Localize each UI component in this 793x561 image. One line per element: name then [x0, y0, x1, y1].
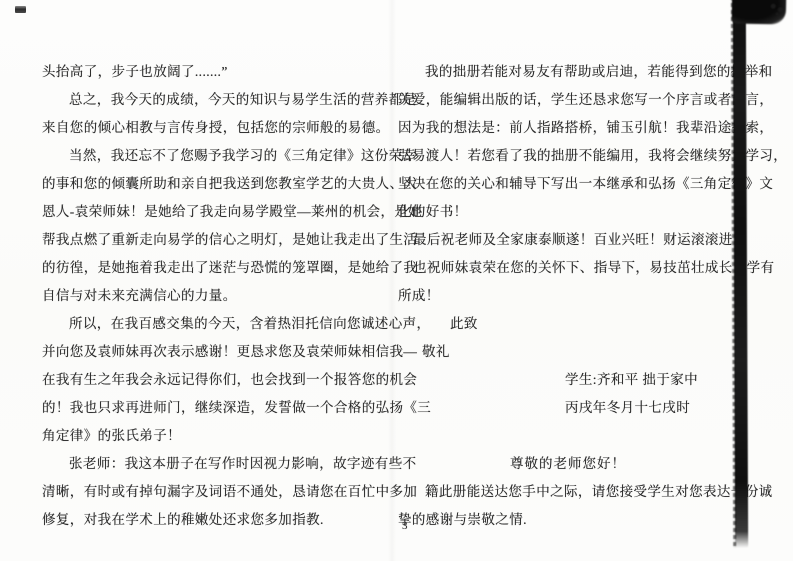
- text-line: 籍此册能送达您手中之际，请您接受学生对您表达一份诚: [398, 478, 748, 506]
- text-line: 的彷徨，是她拖着我走出了迷茫与恐慌的笼罩圈，是她给了我: [42, 254, 392, 282]
- scanned-document-page: 头抬高了，步子也放阔了.......”总之，我今天的成绩，今天的知识与易学生活的…: [0, 0, 793, 561]
- text-line: 化的好书！: [398, 198, 748, 226]
- text-line: 在我有生之年我会永远记得你们，也会找到一个报答您的机会: [42, 366, 392, 394]
- text-line: 所以，在我百感交集的今天，含着热泪托信向您诚述心声，: [42, 310, 392, 338]
- page-gutter-shade: [388, 0, 396, 561]
- text-line: 我的拙册若能对易友有帮助或启迪，若能得到您的抬举和: [398, 58, 748, 86]
- text-line: 清晰，有时或有掉句漏字及词语不通处，恳请您在百忙中多加: [42, 478, 392, 506]
- text-line: 弘易渡人！若您看了我的拙册不能编用，我将会继续努力学习，: [398, 142, 748, 170]
- text-line: 的！我也只求再进师门，继续深造，发誓做一个合格的弘扬《三: [42, 394, 392, 422]
- text-line: 张老师：我这本册子在写作时因视力影响，故字迹有些不: [42, 450, 392, 478]
- text-line: 丙戌年冬月十七戌时: [398, 394, 748, 422]
- text-line: 当然，我还忘不了您赐予我学习的《三角定律》这份荣幸: [42, 142, 392, 170]
- scan-noise-speckle: [770, 2, 786, 16]
- text-line: 此致: [398, 310, 748, 338]
- text-line: 总之，我今天的成绩，今天的知识与易学生活的营养都是: [42, 86, 392, 114]
- text-line: 敬礼: [398, 338, 748, 366]
- text-line: 并向您及袁师妹再次表示感谢！更恳求您及袁荣师妹相信我—: [42, 338, 392, 366]
- text-line: [398, 422, 748, 450]
- text-line: 关爱，能编辑出版的话，学生还恳求您写一个序言或者前言，: [398, 86, 748, 114]
- text-line: 挚的感谢与崇敬之情.: [398, 506, 748, 534]
- scan-mark: [15, 6, 26, 13]
- right-page-text-column: 我的拙册若能对易友有帮助或启迪，若能得到您的抬举和关爱，能编辑出版的话，学生还恳…: [398, 58, 748, 534]
- text-line: 恩人-袁荣师妹！是她给了我走向易学殿堂—莱州的机会，是她: [42, 198, 392, 226]
- text-line: 来自您的倾心相教与言传身授，包括您的宗师般的易德。: [42, 114, 392, 142]
- text-line: 帮我点燃了重新走向易学的信心之明灯，是她让我走出了生活: [42, 226, 392, 254]
- scan-binding-strip: [733, 0, 748, 548]
- left-page-text-column: 头抬高了，步子也放阔了.......”总之，我今天的成绩，今天的知识与易学生活的…: [42, 58, 392, 534]
- text-line: 修复，对我在学术上的稚嫩处还求您多加指教.: [42, 506, 392, 534]
- text-line: 最后祝老师及全家康泰顺遂！百业兴旺！财运滚滚进！: [398, 226, 748, 254]
- text-line: 因为我的想法是：前人指路搭桥，铺玉引航！我辈沿途探索，: [398, 114, 748, 142]
- text-line: 也祝师妹袁荣在您的关怀下、指导下，易技茁壮成长！学有: [398, 254, 748, 282]
- page-number: 3: [402, 520, 408, 532]
- text-line: 的事和您的倾囊所助和亲自把我送到您教室学艺的大贵人、大: [42, 170, 392, 198]
- text-line: 自信与对未来充满信心的力量。: [42, 282, 392, 310]
- text-line: 角定律》的张氏弟子！: [42, 422, 392, 450]
- text-line: 学生:齐和平 拙于家中: [398, 366, 748, 394]
- text-line: 坚决在您的关心和辅导下写出一本继承和弘扬《三角定律》文: [398, 170, 748, 198]
- text-line: 头抬高了，步子也放阔了.......”: [42, 58, 392, 86]
- text-line: 尊敬的老师您好！: [398, 450, 748, 478]
- text-line: 所成！: [398, 282, 748, 310]
